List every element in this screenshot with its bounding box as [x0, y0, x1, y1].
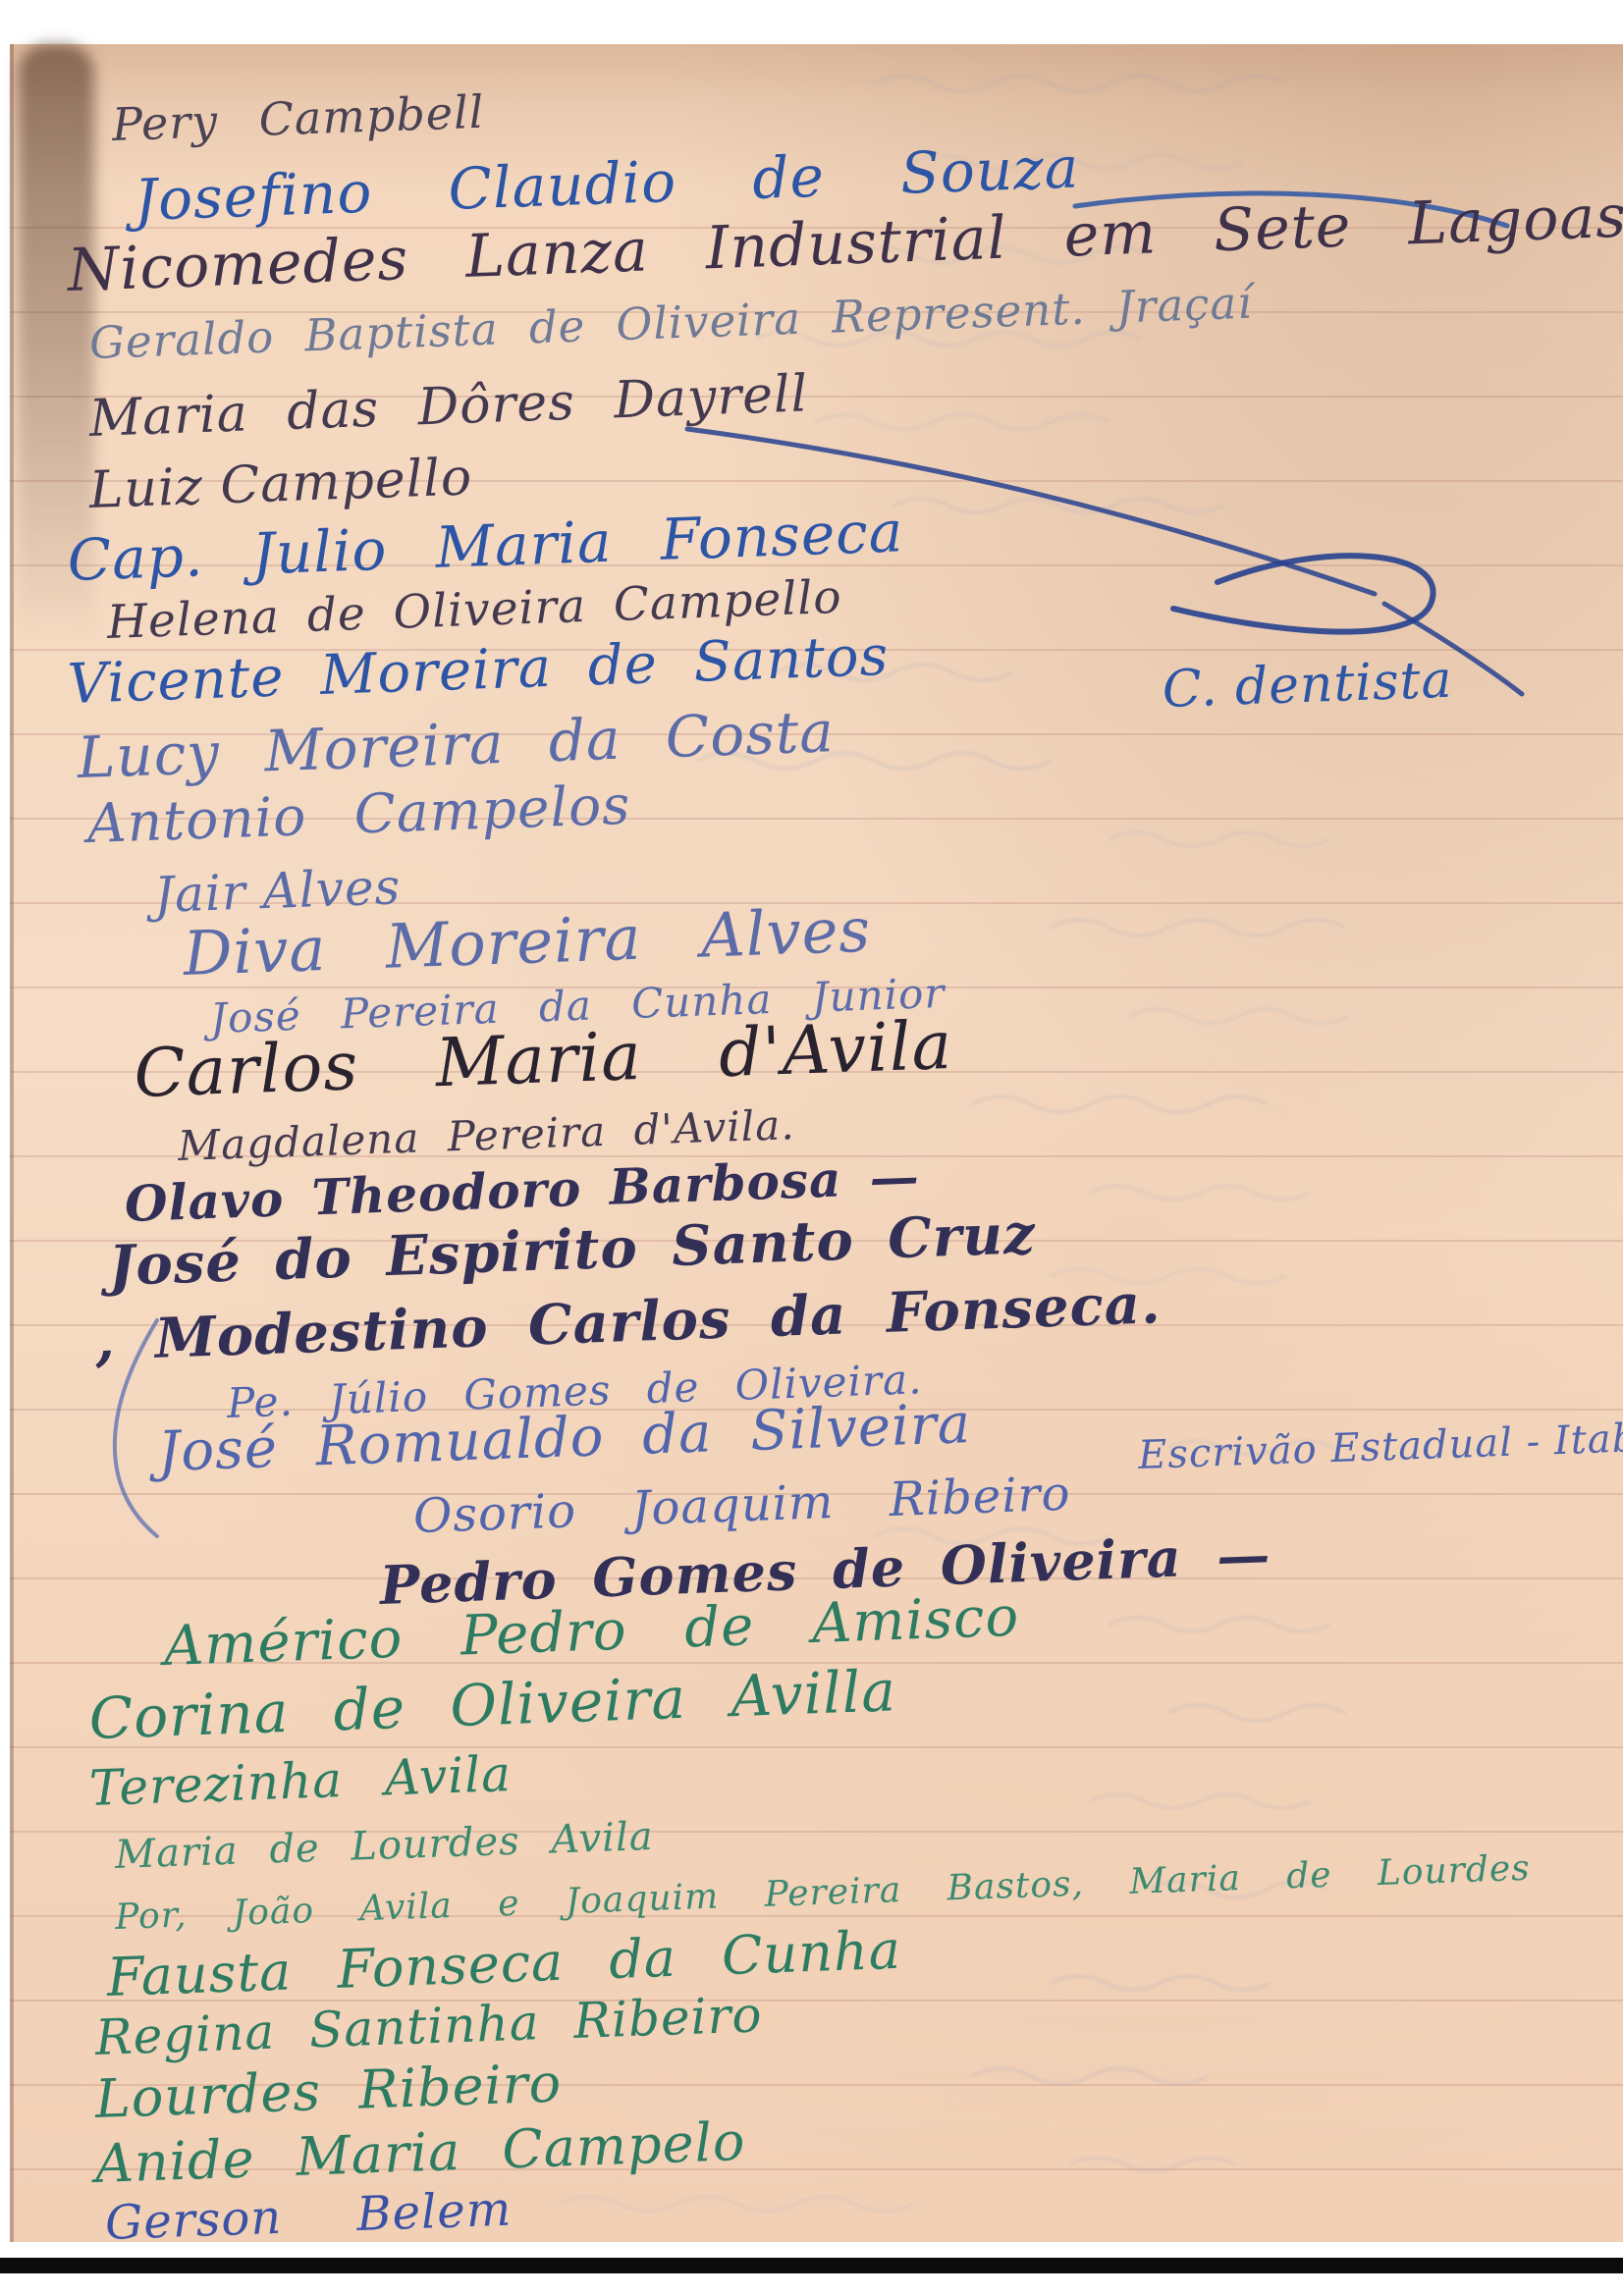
signature-line: Pery Campbell — [111, 85, 485, 151]
page-edge — [10, 44, 14, 2242]
signature-annotation: C. dentista — [1162, 651, 1454, 720]
paper: Pery Campbell Josefino Claudio de Souza … — [10, 44, 1623, 2242]
gutter-shadow — [18, 44, 94, 692]
scan-edge-bar — [0, 2258, 1623, 2273]
scanned-page: Pery Campbell Josefino Claudio de Souza … — [0, 0, 1623, 2296]
